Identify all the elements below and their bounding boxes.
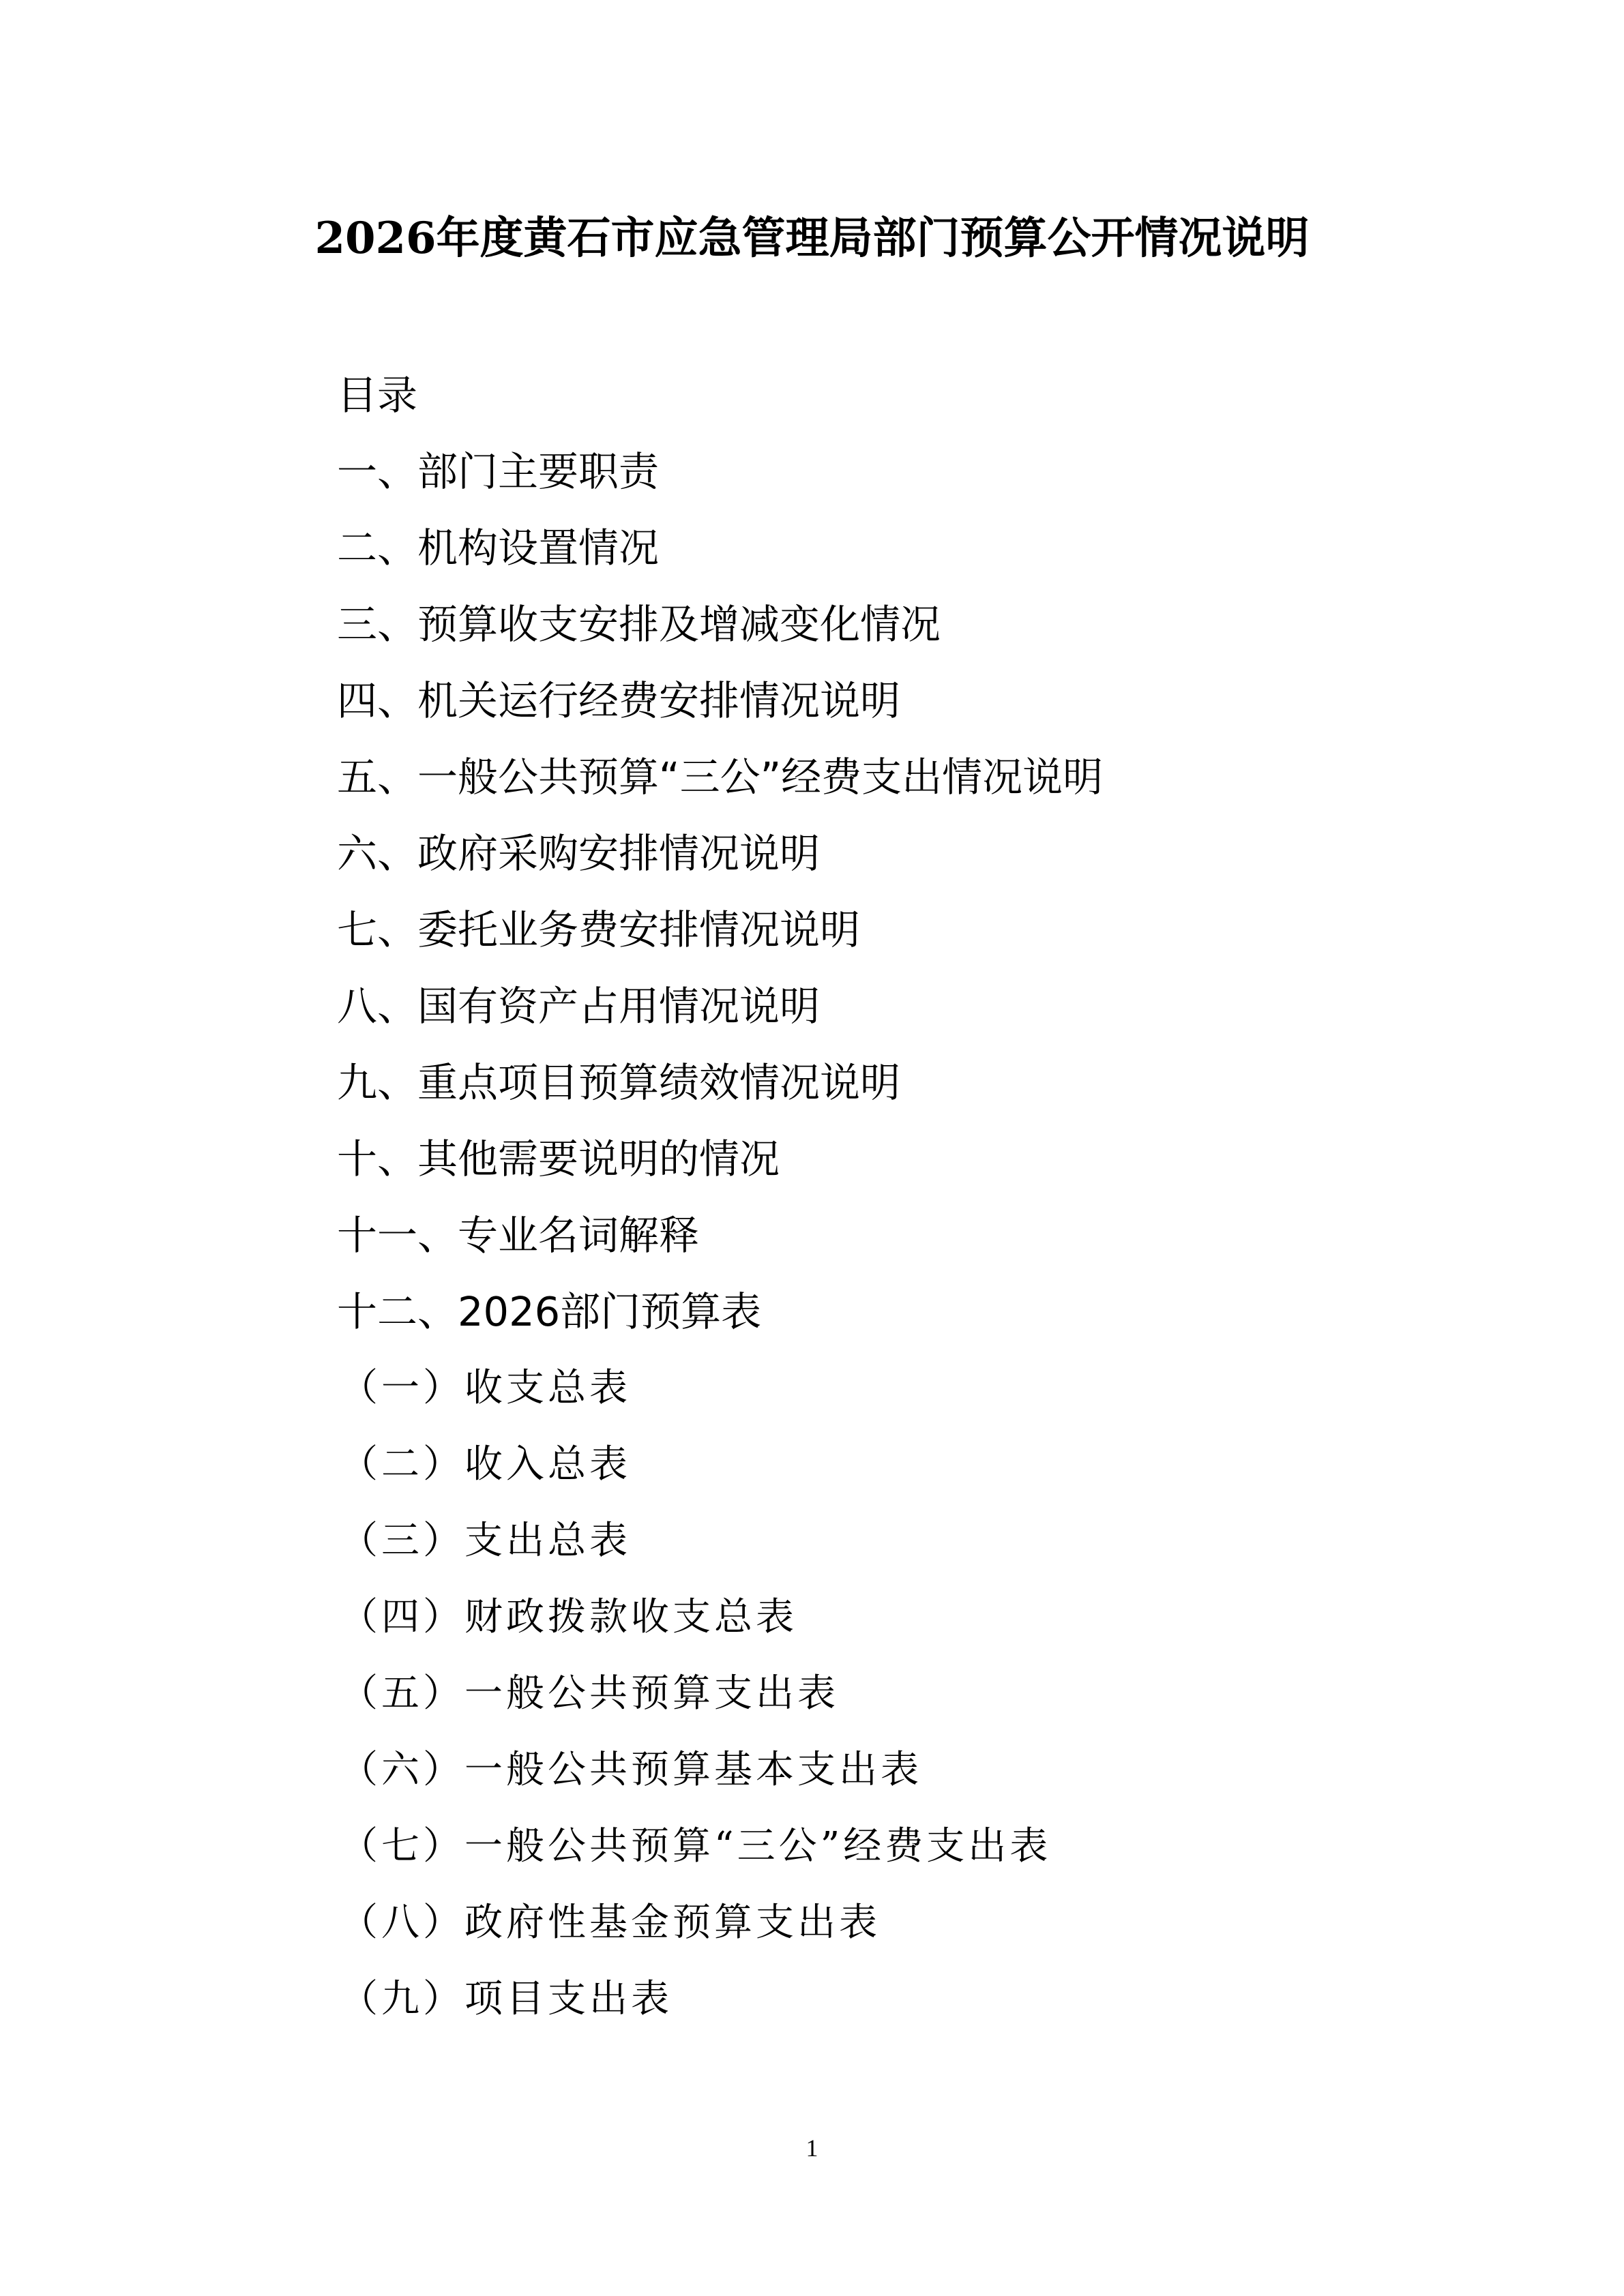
toc-subitem-9: （九）项目支出表: [337, 1972, 1103, 2048]
toc-subitem-8: （八）政府性基金预算支出表: [337, 1896, 1103, 1972]
document-page: 2026年度黄石市应急管理局部门预算公开情况说明 目录 一、部门主要职责 二、机…: [0, 0, 1624, 2296]
toc-item-1: 一、部门主要职责: [337, 445, 1103, 521]
toc-item-8: 八、国有资产占用情况说明: [337, 979, 1103, 1056]
toc-subitem-4: （四）财政拨款收支总表: [337, 1590, 1103, 1667]
page-number: 1: [0, 2134, 1624, 2162]
toc-item-12: 十二、2026部门预算表: [337, 1285, 1103, 1361]
toc-item-10: 十、其他需要说明的情况: [337, 1132, 1103, 1208]
toc-subitem-1: （一）收支总表: [337, 1361, 1103, 1437]
toc-subitem-2: （二）收入总表: [337, 1437, 1103, 1514]
toc-subitem-3: （三）支出总表: [337, 1514, 1103, 1590]
toc-item-3: 三、预算收支安排及增减变化情况: [337, 597, 1103, 674]
toc-item-11: 十一、专业名词解释: [337, 1208, 1103, 1285]
toc-subitem-6: （六）一般公共预算基本支出表: [337, 1743, 1103, 1819]
toc-subitem-5: （五）一般公共预算支出表: [337, 1667, 1103, 1743]
toc-item-2: 二、机构设置情况: [337, 521, 1103, 597]
toc-item-4: 四、机关运行经费安排情况说明: [337, 674, 1103, 750]
document-title: 2026年度黄石市应急管理局部门预算公开情况说明: [0, 205, 1624, 273]
toc-item-9: 九、重点项目预算绩效情况说明: [337, 1056, 1103, 1132]
toc-item-6: 六、政府采购安排情况说明: [337, 826, 1103, 903]
table-of-contents: 目录 一、部门主要职责 二、机构设置情况 三、预算收支安排及增减变化情况 四、机…: [337, 368, 1103, 2048]
toc-subitem-7: （七）一般公共预算“三公”经费支出表: [337, 1819, 1103, 1896]
toc-heading: 目录: [337, 368, 1103, 445]
toc-item-7: 七、委托业务费安排情况说明: [337, 903, 1103, 979]
toc-item-5: 五、一般公共预算“三公”经费支出情况说明: [337, 750, 1103, 826]
